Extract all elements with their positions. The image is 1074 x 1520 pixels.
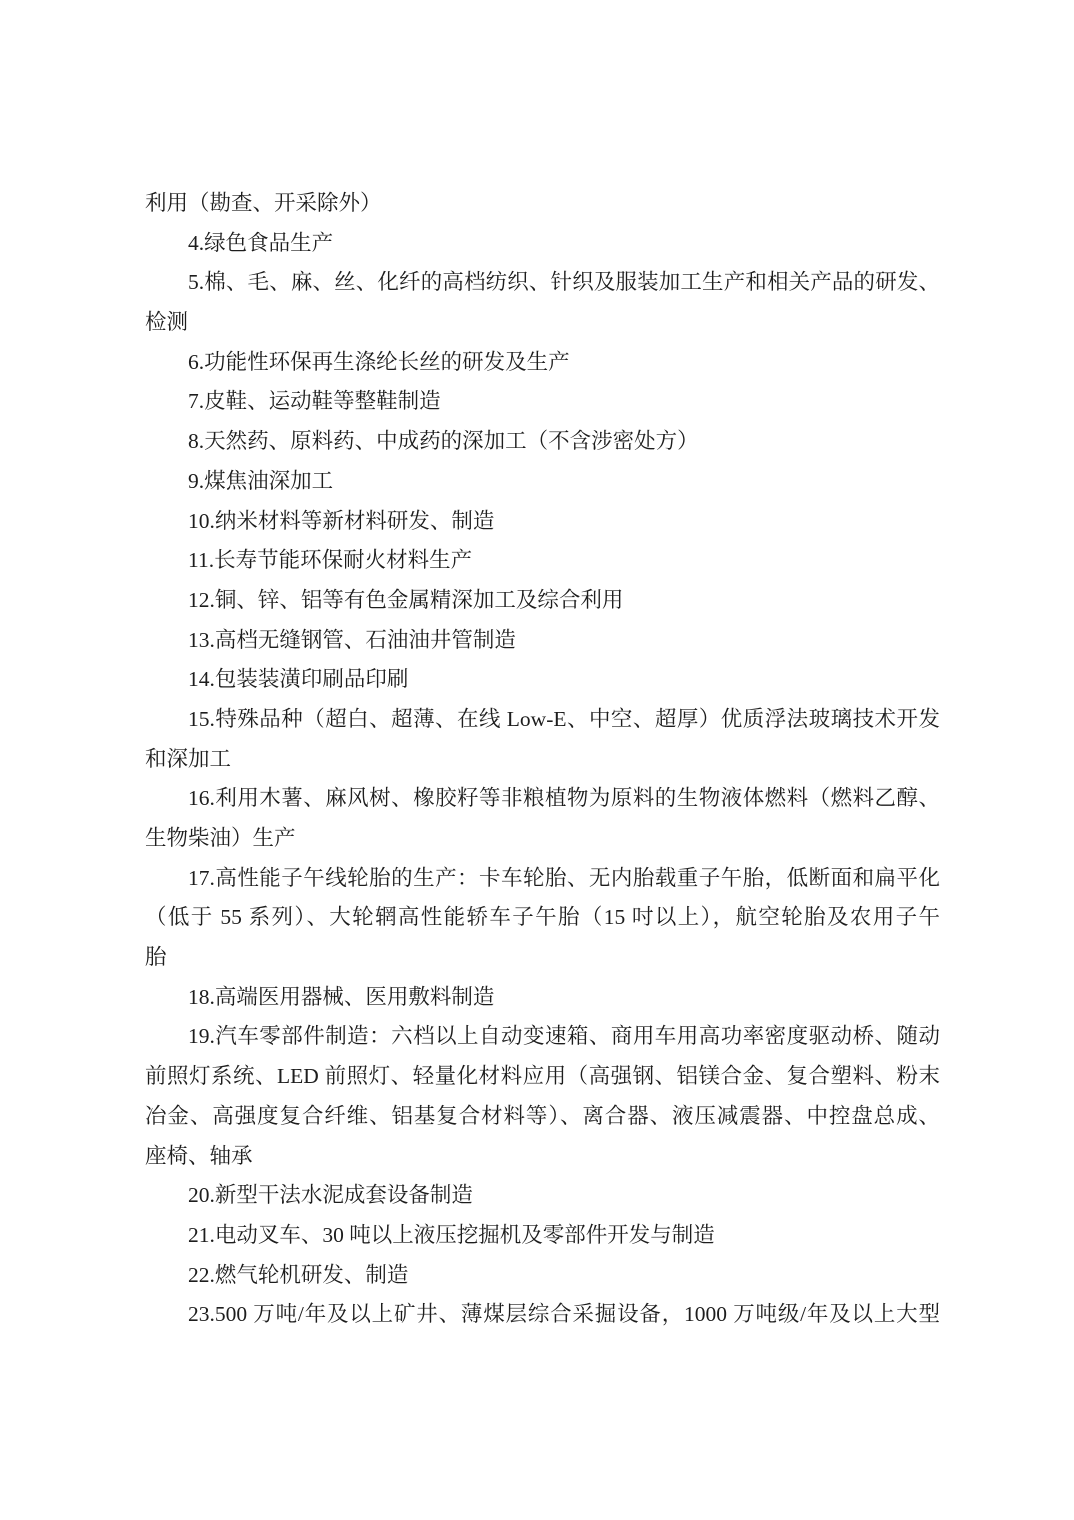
document-line: 9.煤焦油深加工 <box>145 462 940 502</box>
document-line: 17.高性能子午线轮胎的生产：卡车轮胎、无内胎载重子午胎，低断面和扁平化 <box>145 859 940 899</box>
document-line: 18.高端医用器械、医用敷料制造 <box>145 978 940 1018</box>
document-line: 前照灯系统、LED 前照灯、轻量化材料应用（高强钢、铝镁合金、复合塑料、粉末 <box>145 1057 940 1097</box>
document-line: 19.汽车零部件制造：六档以上自动变速箱、商用车用高功率密度驱动桥、随动 <box>145 1017 940 1057</box>
document-line: 10.纳米材料等新材料研发、制造 <box>145 502 940 542</box>
document-line: 23.500 万吨/年及以上矿井、薄煤层综合采掘设备，1000 万吨级/年及以上… <box>145 1295 940 1335</box>
document-text-block: 利用（勘查、开采除外）4.绿色食品生产5.棉、毛、麻、丝、化纤的高档纺织、针织及… <box>145 184 940 1335</box>
document-line: 利用（勘查、开采除外） <box>145 184 940 224</box>
document-line: 21.电动叉车、30 吨以上液压挖掘机及零部件开发与制造 <box>145 1216 940 1256</box>
document-line: 22.燃气轮机研发、制造 <box>145 1256 940 1296</box>
document-line: 15.特殊品种（超白、超薄、在线 Low-E、中空、超厚）优质浮法玻璃技术开发 <box>145 700 940 740</box>
document-line: 和深加工 <box>145 740 940 780</box>
document-line: 4.绿色食品生产 <box>145 224 940 264</box>
document-line: 16.利用木薯、麻风树、橡胶籽等非粮植物为原料的生物液体燃料（燃料乙醇、 <box>145 779 940 819</box>
document-line: 12.铜、锌、铝等有色金属精深加工及综合利用 <box>145 581 940 621</box>
document-line: 冶金、高强度复合纤维、铝基复合材料等）、离合器、液压减震器、中控盘总成、 <box>145 1097 940 1137</box>
document-line: 胎 <box>145 938 940 978</box>
document-line: 检测 <box>145 303 940 343</box>
document-line: 20.新型干法水泥成套设备制造 <box>145 1176 940 1216</box>
document-line: 6.功能性环保再生涤纶长丝的研发及生产 <box>145 343 940 383</box>
document-line: 13.高档无缝钢管、石油油井管制造 <box>145 621 940 661</box>
document-line: 5.棉、毛、麻、丝、化纤的高档纺织、针织及服装加工生产和相关产品的研发、 <box>145 263 940 303</box>
document-line: 14.包装装潢印刷品印刷 <box>145 660 940 700</box>
document-line: 11.长寿节能环保耐火材料生产 <box>145 541 940 581</box>
document-line: 座椅、轴承 <box>145 1137 940 1177</box>
document-page: 利用（勘查、开采除外）4.绿色食品生产5.棉、毛、麻、丝、化纤的高档纺织、针织及… <box>0 0 1074 1520</box>
document-line: （低于 55 系列）、大轮辋高性能轿车子午胎（15 吋以上），航空轮胎及农用子午 <box>145 898 940 938</box>
document-line: 生物柴油）生产 <box>145 819 940 859</box>
document-line: 7.皮鞋、运动鞋等整鞋制造 <box>145 382 940 422</box>
document-line: 8.天然药、原料药、中成药的深加工（不含涉密处方） <box>145 422 940 462</box>
